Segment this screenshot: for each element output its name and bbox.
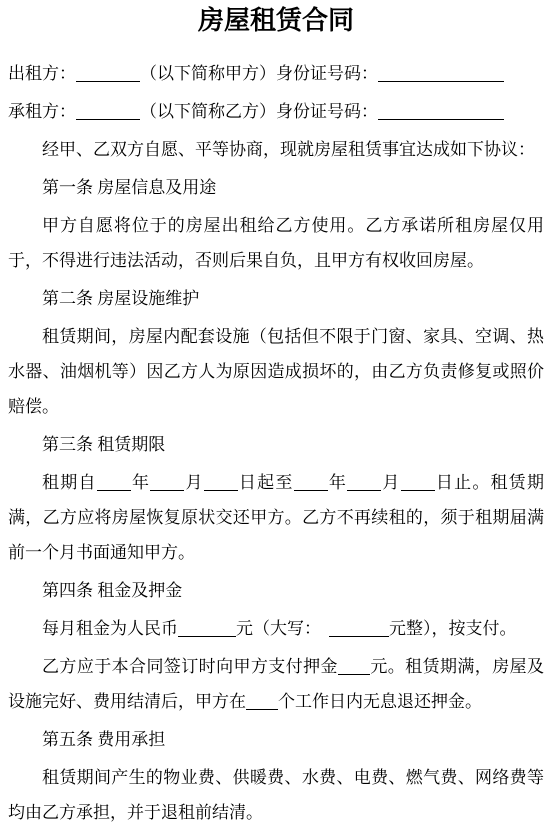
blank-underline-field xyxy=(338,657,370,675)
blank-underline-field xyxy=(378,64,504,82)
blank-underline-field xyxy=(97,473,131,491)
section-1-heading: 第一条 房屋信息及用途 xyxy=(8,170,544,205)
section-4-paragraph-rent: 每月租金为人民币元（大写：元整），按支付。 xyxy=(8,611,544,646)
document-title: 房屋租赁合同 xyxy=(8,2,544,40)
blank-underline-field xyxy=(150,473,184,491)
section-2-heading: 第二条 房屋设施维护 xyxy=(8,281,544,316)
blank-underline-field xyxy=(378,102,504,120)
section-5-paragraph: 租赁期间产生的物业费、供暖费、水费、电费、燃气费、网络费等均由乙方承担，并于退租… xyxy=(8,760,544,830)
blank-underline-field xyxy=(246,692,278,710)
section-4-paragraph-deposit: 乙方应于本合同签订时向甲方支付押金元。租赁期满，房屋及设施完好、费用结清后，甲方… xyxy=(8,649,544,719)
blank-underline-field xyxy=(178,619,236,637)
section-3-paragraph: 租期自年月日起至年月日止。租赁期满，乙方应将房屋恢复原状交还甲方。乙方不再续租的… xyxy=(8,465,544,570)
intro-paragraph: 经甲、乙双方自愿、平等协商，现就房屋租赁事宜达成如下协议： xyxy=(8,132,544,167)
contract-document-page: 房屋租赁合同 出租方：（以下简称甲方）身份证号码： 承租方：（以下简称乙方）身份… xyxy=(0,0,552,832)
blank-underline-field xyxy=(347,473,381,491)
blank-underline-field xyxy=(329,619,389,637)
blank-underline-field xyxy=(204,473,238,491)
lessor-party-line: 出租方：（以下简称甲方）身份证号码： xyxy=(8,56,544,91)
section-2-paragraph: 租赁期间，房屋内配套设施（包括但不限于门窗、家具、空调、热水器、油烟机等）因乙方… xyxy=(8,319,544,424)
section-1-paragraph: 甲方自愿将位于的房屋出租给乙方使用。乙方承诺所租房屋仅用于，不得进行违法活动，否… xyxy=(8,208,544,278)
blank-underline-field xyxy=(76,64,140,82)
lessee-party-line: 承租方：（以下简称乙方）身份证号码： xyxy=(8,94,544,129)
section-4-heading: 第四条 租金及押金 xyxy=(8,573,544,608)
section-5-heading: 第五条 费用承担 xyxy=(8,722,544,757)
blank-underline-field xyxy=(294,473,328,491)
blank-underline-field xyxy=(401,473,435,491)
section-3-heading: 第三条 租赁期限 xyxy=(8,427,544,462)
blank-underline-field xyxy=(76,102,140,120)
